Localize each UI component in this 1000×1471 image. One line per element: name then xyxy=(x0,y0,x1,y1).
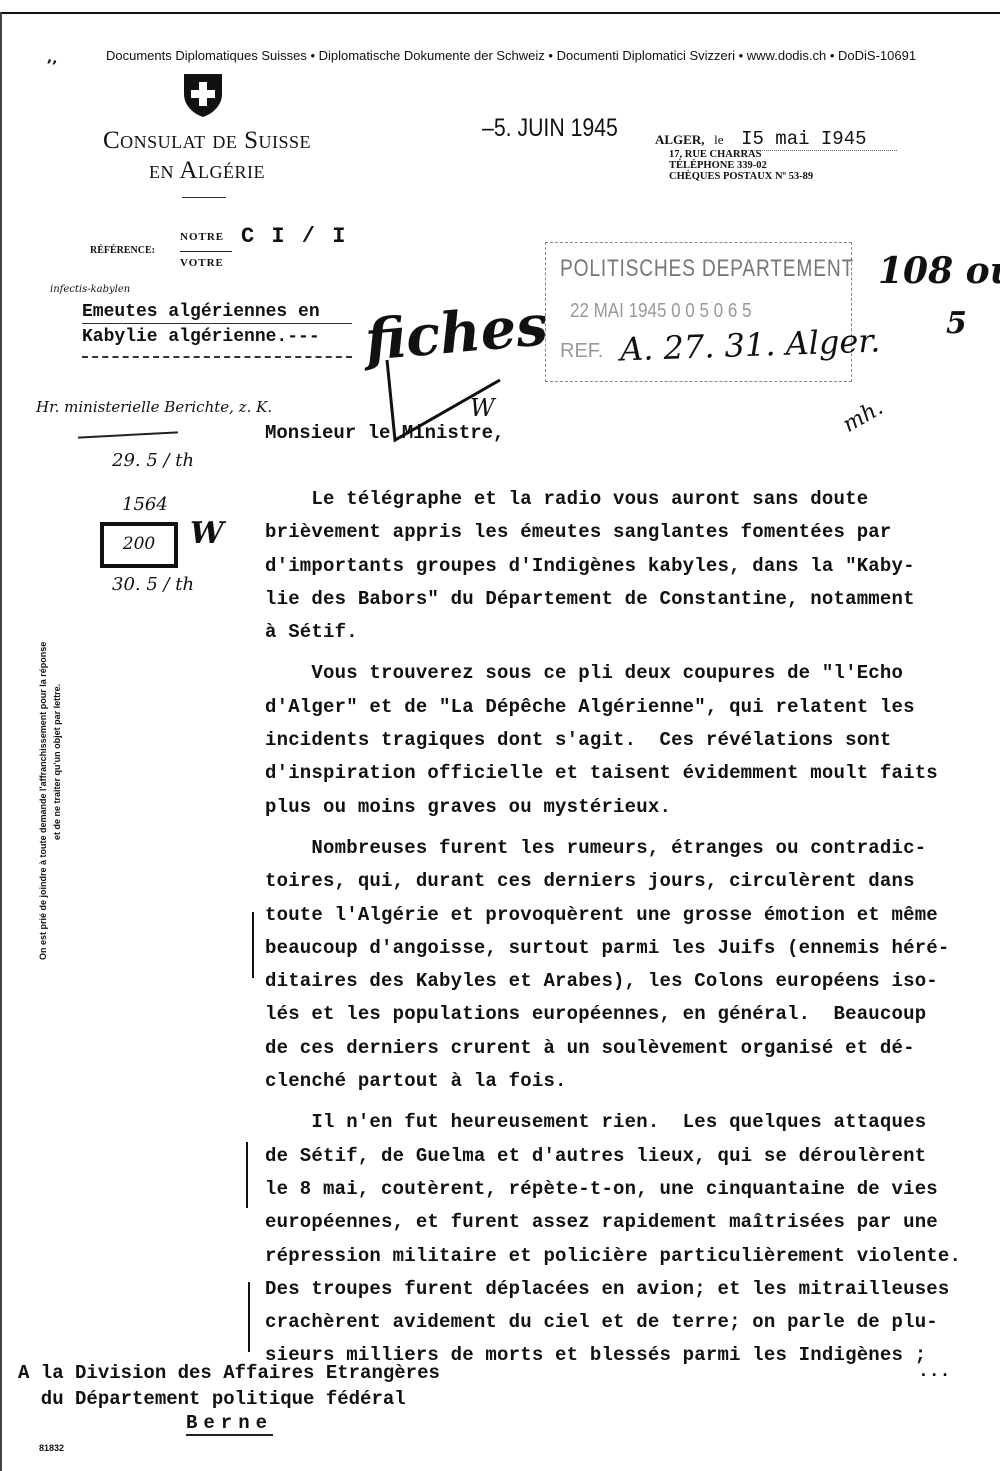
salutation: Monsieur le Ministre, xyxy=(265,422,504,444)
place-le: le xyxy=(714,132,723,147)
page-left-edge xyxy=(0,12,2,1471)
address-postal-account: CHÈQUES POSTAUX Nº 53-89 xyxy=(669,171,813,182)
subject-line-1: Emeutes algériennes en xyxy=(82,300,320,325)
side-note-line-1: On est prié de joindre à toute demande l… xyxy=(36,560,50,960)
paragraph-2: Vous trouverez sous ce pli deux coupures… xyxy=(265,657,995,823)
margin-mark-1 xyxy=(252,912,254,978)
consulat-line-2: en Algérie xyxy=(62,156,352,186)
vertical-side-note: On est prié de joindre à toute demande l… xyxy=(36,560,64,960)
boxed-number: 200 xyxy=(100,522,178,568)
consulate-address: 17, RUE CHARRAS TÉLÉPHONE 339-02 CHÈQUES… xyxy=(669,149,813,182)
paragraph-4: Il n'en fut heureusement rien. Les quelq… xyxy=(265,1106,995,1372)
margin-mark-2 xyxy=(246,1142,248,1208)
handwritten-w-initial: W xyxy=(470,394,495,422)
form-number: 81832 xyxy=(39,1443,64,1453)
handwritten-number-5: 5 xyxy=(946,306,967,341)
subject-handwritten-note: infectis-kabylen xyxy=(50,284,130,295)
handwritten-date-note-2: 30. 5 / th xyxy=(112,574,194,595)
handwritten-initials-mh: mh. xyxy=(839,395,888,438)
reference-notre-label: NOTRE xyxy=(180,231,224,243)
side-note-line-2: et de ne traiter qu'un objet par lettre. xyxy=(50,560,64,960)
recipient-line-1: A la Division des Affaires Etrangères xyxy=(18,1360,440,1386)
handwritten-date-note-1: 29. 5 / th xyxy=(112,450,194,471)
subject-dashed-underline xyxy=(82,356,352,358)
consulat-line-1: Consulat de Suisse xyxy=(62,126,352,156)
place-date-line: ALGER, le I5 mai I945 xyxy=(655,128,897,151)
continued-marker: ... xyxy=(918,1362,950,1382)
consulat-title: Consulat de Suisse en Algérie xyxy=(62,126,352,186)
tick-marks: ’’ xyxy=(45,57,58,75)
handwritten-number-108: 108 ou xyxy=(878,250,1000,292)
swiss-shield-icon xyxy=(180,72,226,118)
paragraph-3: Nombreuses furent les rumeurs, étranges … xyxy=(265,832,995,1098)
margin-mark-3 xyxy=(248,1282,250,1352)
handwritten-routing-note: Hr. ministerielle Berichte, z. K. xyxy=(36,398,272,416)
address-phone: TÉLÉPHONE 339-02 xyxy=(669,160,813,171)
reference-votre-label: VOTRE xyxy=(180,257,224,269)
handwritten-number-note: 1564 xyxy=(122,494,168,515)
reference-rule xyxy=(180,251,232,252)
registry-stamp-ref-label: REF. xyxy=(560,340,603,363)
reference-notre-value: C I / I xyxy=(241,224,347,249)
reference-label: RÉFÉRENCE: xyxy=(90,245,155,256)
registry-stamp-date-number: 22 MAI 1945 0 0 5 0 6 5 xyxy=(570,300,751,323)
letter-body: Le télégraphe et la radio vous auront sa… xyxy=(265,483,995,1373)
boxed-w-initial: W xyxy=(190,516,224,551)
letter-date: I5 mai I945 xyxy=(741,128,896,151)
page-top-edge xyxy=(0,12,1000,14)
recipient-line-2: du Département politique fédéral xyxy=(18,1386,440,1412)
letterhead-rule xyxy=(182,197,226,198)
received-date-stamp: –5. JUIN 1945 xyxy=(482,114,618,143)
subject-line-2: Kabylie algérienne.--- xyxy=(82,325,320,350)
routing-note-underline xyxy=(78,431,178,438)
recipient-address: A la Division des Affaires Etrangères du… xyxy=(18,1360,440,1412)
dodis-header: Documents Diplomatiques Suisses • Diplom… xyxy=(106,48,916,63)
address-street: 17, RUE CHARRAS xyxy=(669,149,813,160)
paragraph-1: Le télégraphe et la radio vous auront sa… xyxy=(265,483,995,649)
subject: Emeutes algériennes en Kabylie algérienn… xyxy=(82,300,320,350)
registry-stamp-department: POLITISCHES DEPARTEMENT xyxy=(560,255,854,283)
recipient-city: Berne xyxy=(186,1412,273,1436)
subject-strike-line xyxy=(82,323,352,324)
place-label: ALGER, xyxy=(655,132,704,147)
